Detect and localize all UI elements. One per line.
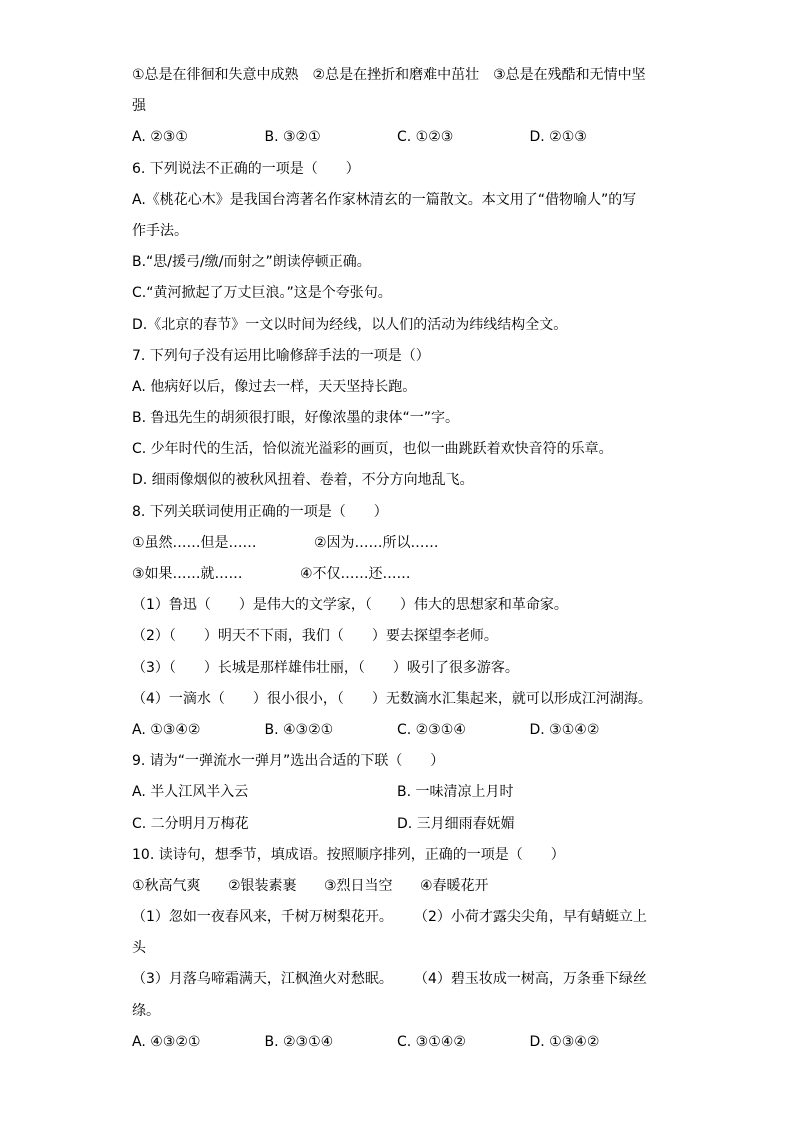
q10-option-a: A. ④③②① xyxy=(132,1029,265,1060)
q10-poem-2-cont: 头 xyxy=(132,935,662,966)
q8-sentence-4: （4）一滴水（ ）很小很小，（ ）无数滴水汇集起来，就可以形成江河湖海。 xyxy=(132,686,662,717)
q6-stem: 6. 下列说法不正确的一项是（ ） xyxy=(132,156,662,187)
q10-idiom-2: ②银装素裹 xyxy=(228,873,324,899)
q7-option-b: B. 鲁迅先生的胡须很打眼，好像浓墨的隶体“一”字。 xyxy=(132,405,662,436)
q10-poem-3: （3）月落乌啼霜满天，江枫渔火对愁眠。 xyxy=(132,966,414,992)
q10-options: A. ④③②① B. ②③①④ C. ③①④② D. ①③④② xyxy=(132,1029,662,1060)
q10-option-b: B. ②③①④ xyxy=(265,1029,398,1060)
q9-options-row2: C. 二分明月万梅花 D. 三月细雨春妩媚 xyxy=(132,811,662,842)
q8-words-row2: ③如果……就……④不仅……还…… xyxy=(132,561,662,592)
q8-stem: 8. 下列关联词使用正确的一项是（ ） xyxy=(132,499,662,530)
q5-option-b: B. ③②① xyxy=(265,124,398,155)
q5-items-line-cont: 强 xyxy=(132,93,662,124)
q7-stem: 7. 下列句子没有运用比喻修辞手法的一项是（） xyxy=(132,343,662,374)
q5-option-d: D. ②①③ xyxy=(530,124,663,155)
q6-option-d: D.《北京的春节》一文以时间为经线，以人们的活动为纬线结构全文。 xyxy=(132,312,662,343)
q10-poem-4-cont: 绦。 xyxy=(132,998,662,1029)
q8-option-a: A. ①③④② xyxy=(132,717,265,748)
q8-option-b: B. ④③②① xyxy=(265,717,398,748)
q10-option-d: D. ①③④② xyxy=(530,1029,663,1060)
q9-options-row1: A. 半人江风半入云 B. 一味清凉上月时 xyxy=(132,779,662,810)
q10-idiom-3: ③烈日当空 xyxy=(324,873,420,899)
q5-option-c: C. ①②③ xyxy=(397,124,530,155)
q9-option-d: D. 三月细雨春妩媚 xyxy=(397,811,662,842)
q8-words-row1: ①虽然……但是……②因为……所以…… xyxy=(132,530,662,561)
q6-option-c: C.“黄河掀起了万丈巨浪。”这是个夸张句。 xyxy=(132,280,662,311)
q8-sentence-3: （3）（ ）长城是那样雄伟壮丽，（ ）吸引了很多游客。 xyxy=(132,655,662,686)
q7-option-d: D. 细雨像烟似的被秋风扭着、卷着，不分方向地乱飞。 xyxy=(132,467,662,498)
q7-option-c: C. 少年时代的生活，恰似流光溢彩的画页，也似一曲跳跃着欢快音符的乐章。 xyxy=(132,436,662,467)
q8-sentence-1: （1）鲁迅（ ）是伟大的文学家，（ ）伟大的思想家和革命家。 xyxy=(132,592,662,623)
q8-word-2: ②因为……所以…… xyxy=(314,535,439,551)
exam-page: ①总是在徘徊和失意中成熟 ②总是在挫折和磨难中茁壮 ③总是在残酷和无情中坚 强 … xyxy=(132,62,662,1060)
q10-idioms: ①秋高气爽②银装素裹③烈日当空④春暖花开 xyxy=(132,873,662,904)
q6-option-b: B.“思/援弓/缴/而射之”朗读停顿正确。 xyxy=(132,249,662,280)
q10-poem-2: （2）小荷才露尖尖角，早有蜻蜓立上 xyxy=(414,909,647,925)
q9-stem: 9. 请为“一弹流水一弹月”选出合适的下联（ ） xyxy=(132,748,662,779)
q5-options: A. ②③① B. ③②① C. ①②③ D. ②①③ xyxy=(132,124,662,155)
q9-option-b: B. 一味清凉上月时 xyxy=(397,779,662,810)
q10-stem: 10. 读诗句，想季节，填成语。按照顺序排列，正确的一项是（ ） xyxy=(132,842,662,873)
q10-idiom-1: ①秋高气爽 xyxy=(132,873,228,899)
q5-items-line: ①总是在徘徊和失意中成熟 ②总是在挫折和磨难中茁壮 ③总是在残酷和无情中坚 xyxy=(132,62,662,93)
q8-option-c: C. ②③①④ xyxy=(397,717,530,748)
q8-sentence-2: （2）（ ）明天不下雨，我们（ ）要去探望李老师。 xyxy=(132,623,662,654)
q5-option-a: A. ②③① xyxy=(132,124,265,155)
q7-option-a: A. 他病好以后，像过去一样，天天坚持长跑。 xyxy=(132,374,662,405)
q10-poems-row1: （1）忽如一夜春风来，千树万树梨花开。（2）小荷才露尖尖角，早有蜻蜓立上 xyxy=(132,904,662,935)
q10-poem-4: （4）碧玉妆成一树高，万条垂下绿丝 xyxy=(414,971,647,987)
q9-option-a: A. 半人江风半入云 xyxy=(132,779,397,810)
q8-option-d: D. ③①④② xyxy=(530,717,663,748)
q10-poem-1: （1）忽如一夜春风来，千树万树梨花开。 xyxy=(132,904,414,930)
q9-option-c: C. 二分明月万梅花 xyxy=(132,811,397,842)
q10-poems-row2: （3）月落乌啼霜满天，江枫渔火对愁眠。（4）碧玉妆成一树高，万条垂下绿丝 xyxy=(132,966,662,997)
q6-option-a: A.《桃花心木》是我国台湾著名作家林清玄的一篇散文。本文用了“借物喻人”的写 xyxy=(132,187,662,218)
q8-options: A. ①③④② B. ④③②① C. ②③①④ D. ③①④② xyxy=(132,717,662,748)
q10-option-c: C. ③①④② xyxy=(397,1029,530,1060)
q8-word-4: ④不仅……还…… xyxy=(300,566,411,582)
q6-option-a-cont: 作手法。 xyxy=(132,218,662,249)
q8-word-1: ①虽然……但是…… xyxy=(132,530,314,556)
q10-idiom-4: ④春暖花开 xyxy=(420,878,489,894)
q8-word-3: ③如果……就…… xyxy=(132,561,300,587)
